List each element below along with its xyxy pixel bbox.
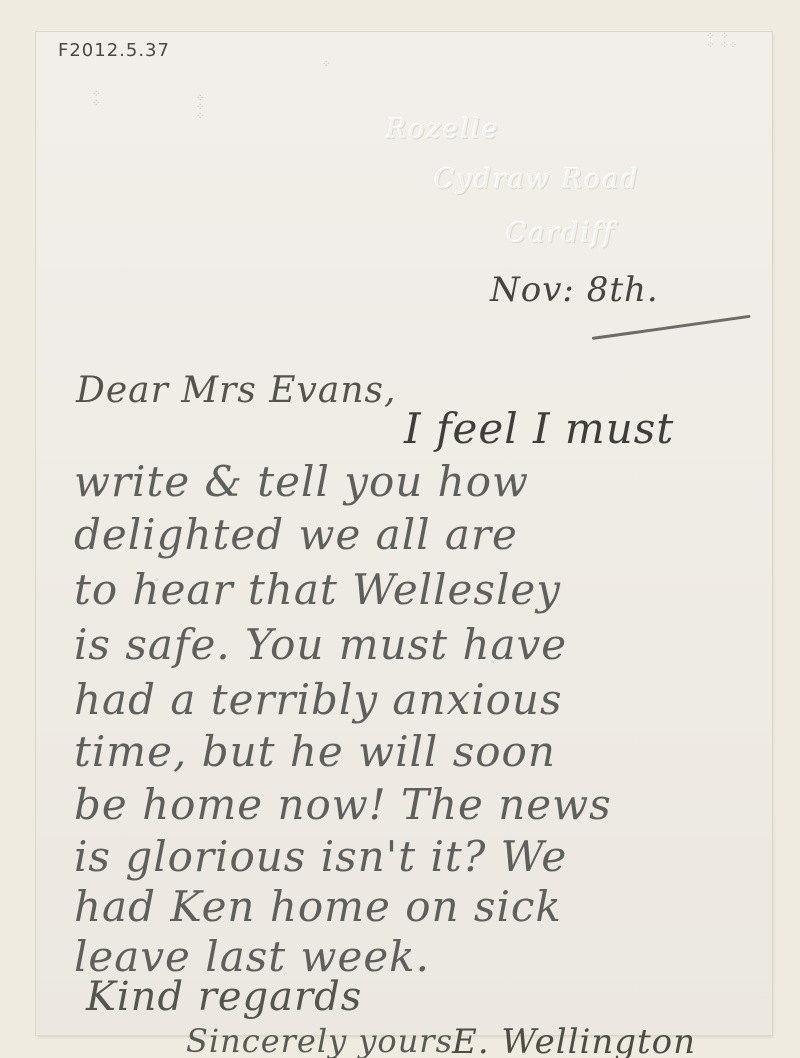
- salutation: Dear Mrs Evans,: [76, 370, 396, 411]
- ink-smudge: ⁘ ⁘⁘ ⁘⁘: [706, 32, 737, 50]
- closing-regards: Kind regards: [86, 974, 362, 1020]
- accession-number: F2012.5.37: [58, 40, 170, 61]
- ink-smudge: ⁘: [322, 60, 330, 69]
- body-line: had Ken home on sick: [74, 882, 562, 931]
- signoff: Sincerely yours: [186, 1022, 453, 1058]
- signature: E. Wellington: [452, 1022, 696, 1058]
- body-line: be home now! The news: [74, 780, 612, 829]
- body-line: delighted we all are: [74, 510, 518, 559]
- body-line: to hear that Wellesley: [74, 565, 561, 614]
- letterhead-line-3: Cardiff: [506, 218, 616, 249]
- body-line: time, but he will soon: [74, 727, 556, 776]
- body-line: write & tell you how: [74, 457, 529, 506]
- body-line: is safe. You must have: [74, 620, 567, 669]
- date-underline: [592, 315, 751, 340]
- letter-date: Nov: 8th.: [490, 270, 659, 310]
- body-line: I feel I must: [404, 404, 674, 453]
- ink-smudge: ⁘⁘⁘: [196, 94, 204, 121]
- letterhead-line-1: Rozelle: [386, 114, 500, 145]
- body-line: had a terribly anxious: [74, 675, 563, 724]
- letterhead-line-2: Cydraw Road: [434, 164, 640, 195]
- letter-sheet: F2012.5.37 ⁘⁘ ⁘⁘⁘ ⁘ ⁘ ⁘⁘ ⁘⁘ Rozelle Cydr…: [36, 32, 772, 1035]
- archival-mount: F2012.5.37 ⁘⁘ ⁘⁘⁘ ⁘ ⁘ ⁘⁘ ⁘⁘ Rozelle Cydr…: [0, 0, 800, 1058]
- ink-smudge: ⁘⁘: [92, 90, 100, 108]
- body-line: is glorious isn't it? We: [74, 832, 567, 881]
